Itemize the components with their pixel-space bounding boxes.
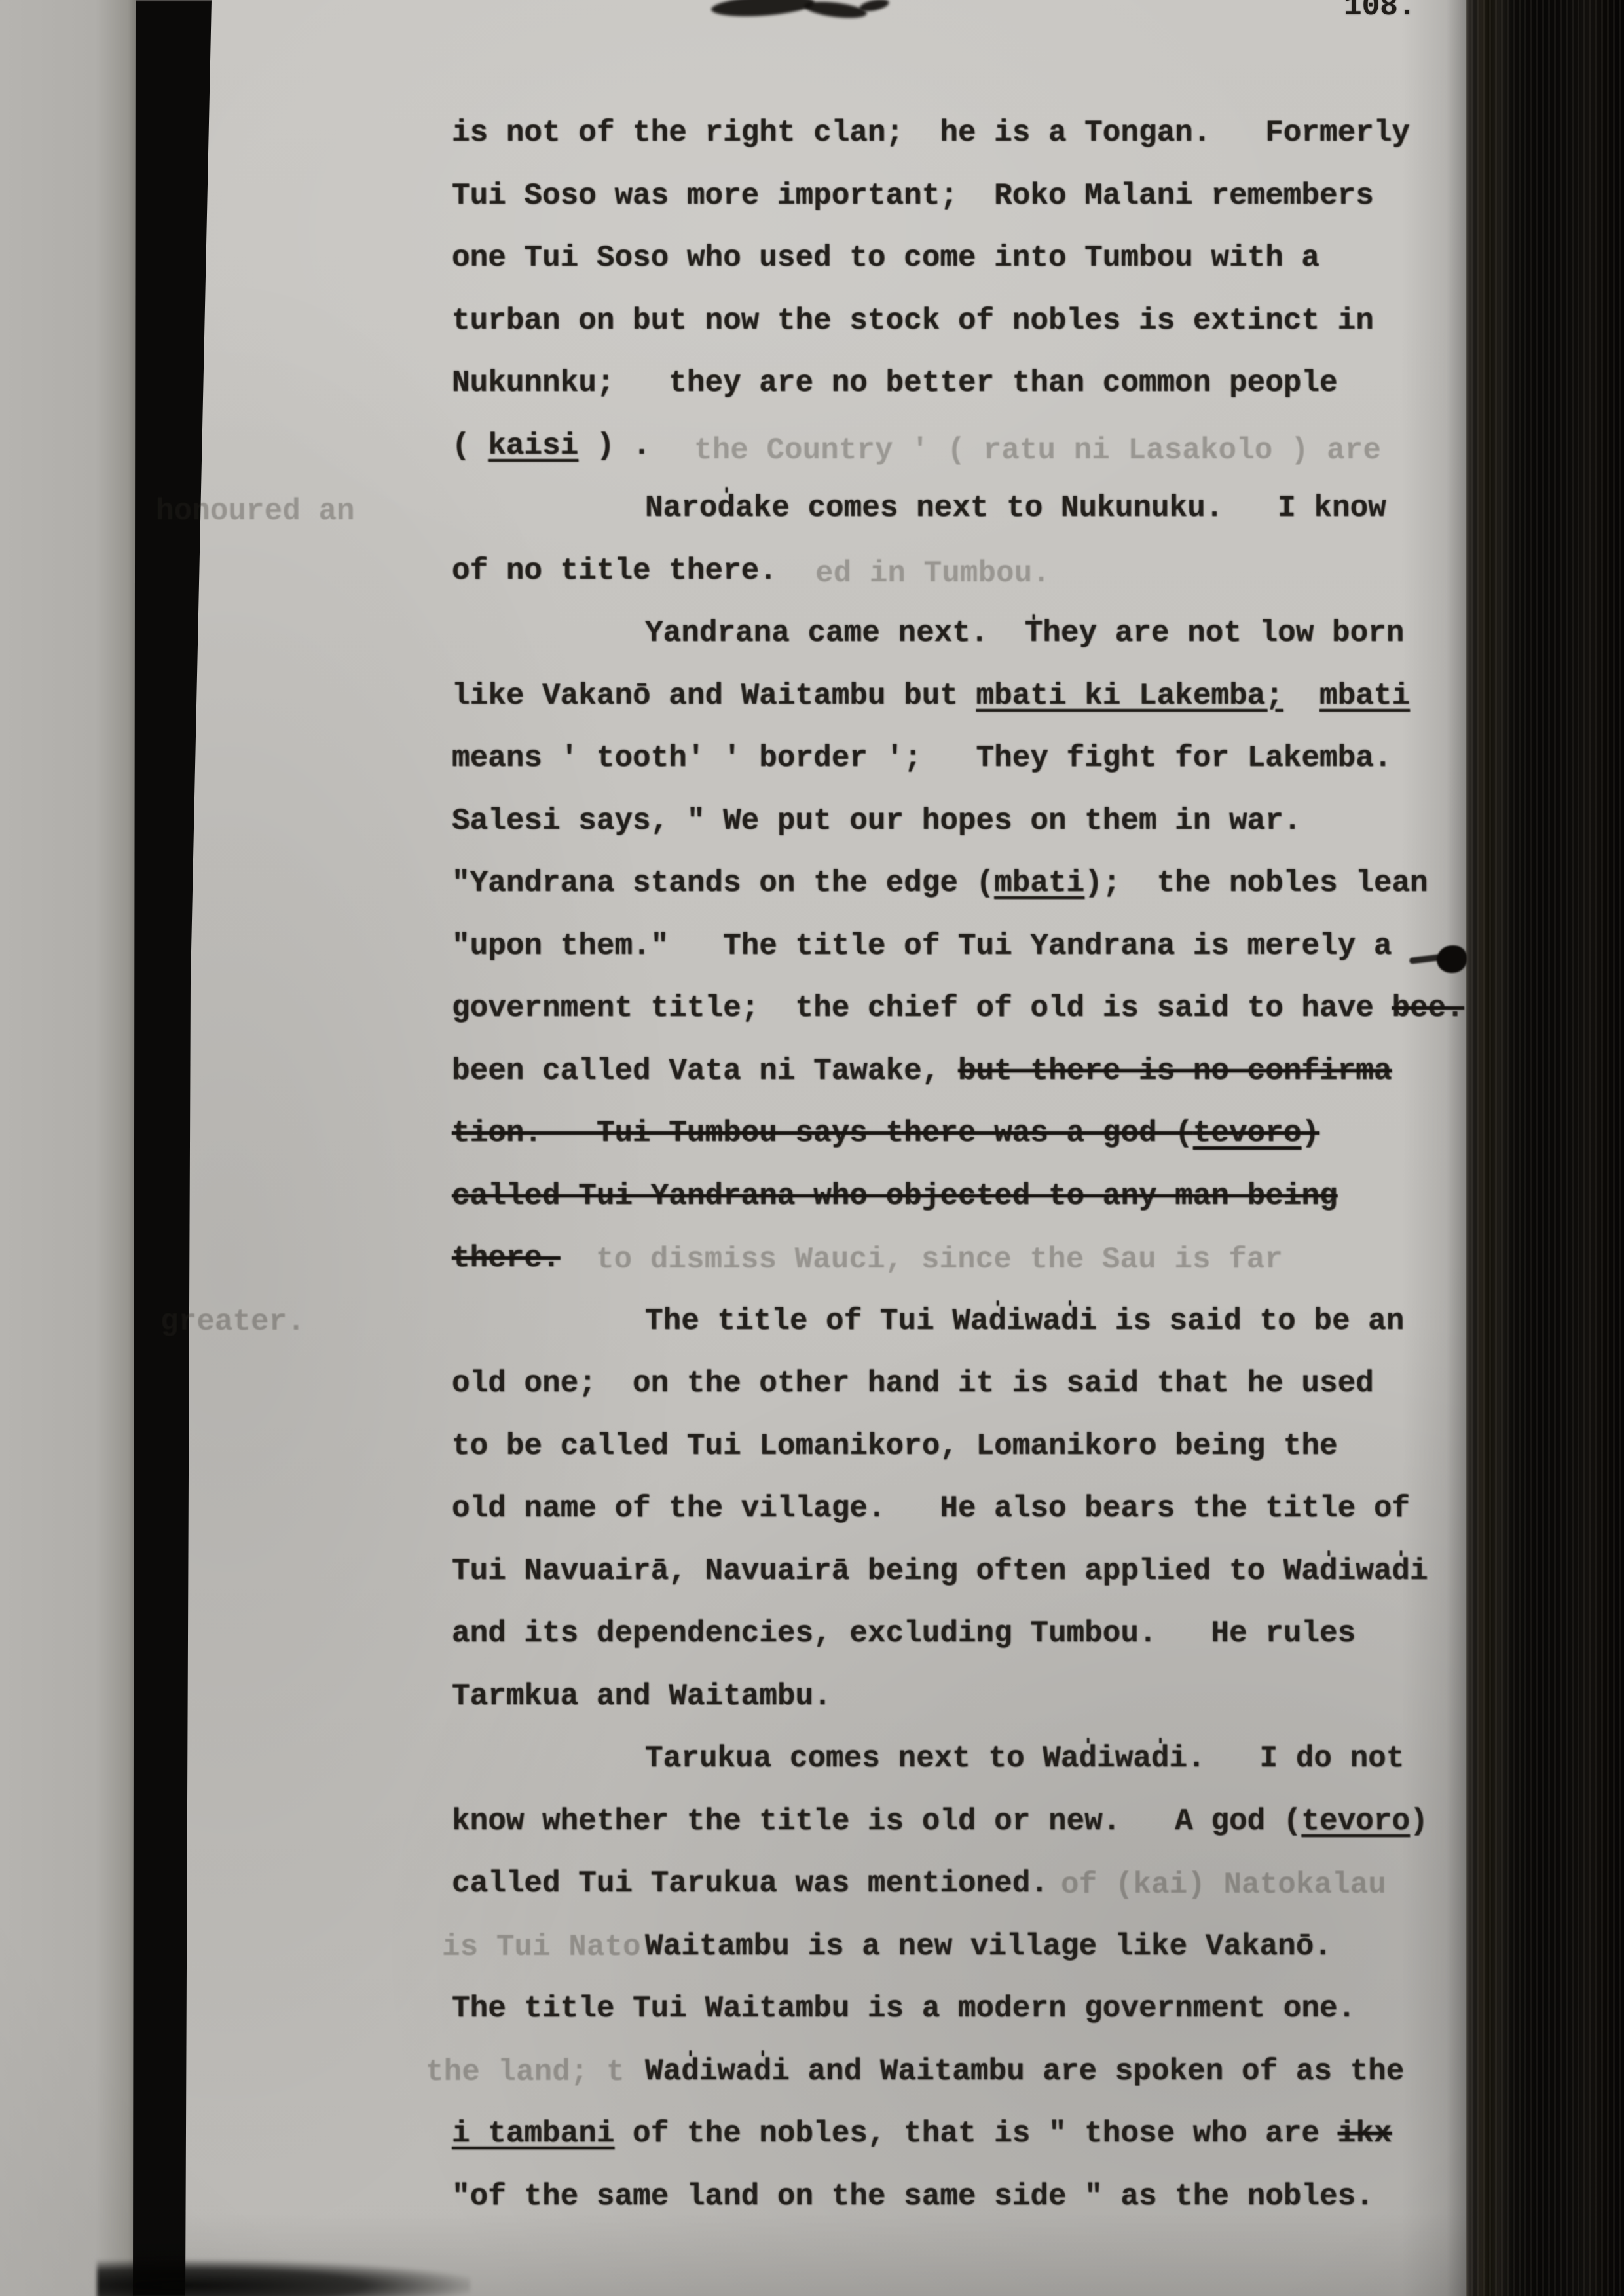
typed-line: and its dependencies, excluding Tumbou. … [452, 1618, 1356, 1649]
typed-line: The title Tui Waitambu is a modern gover… [452, 1994, 1356, 2024]
bleedthrough-text: to dismiss Wauci, since the Sau is far [596, 1245, 1283, 1275]
typed-line: Nukunnku; they are no better than common… [452, 368, 1338, 398]
typed-line: i tambani of the nobles, that is " those… [452, 2119, 1392, 2149]
typed-line: Waitambu is a new village like Vakanō. [645, 1931, 1332, 1961]
typed-line: one Tui Soso who used to come into Tumbo… [452, 243, 1319, 273]
bleedthrough-text: greater. [160, 1307, 305, 1337]
typed-line: of no title there. [452, 556, 777, 586]
typed-line: to be called Tui Lomanikoro, Lomanikoro … [452, 1431, 1338, 1461]
typed-line: called Tui Yandrana who objected to any … [452, 1181, 1338, 1211]
typed-line: means ' tooth' ' border '; They fight fo… [452, 743, 1392, 773]
typed-line: is not of the right clan; he is a Tongan… [452, 118, 1410, 148]
typed-line: Yandrana came next. T̍hey are not low bo… [645, 618, 1404, 648]
bleedthrough-text: of (kai) Natokalau [1061, 1870, 1386, 1900]
typed-line: like Vakanō and Waitambu but mbati ki La… [452, 681, 1410, 711]
typed-line: government title; the chief of old is sa… [452, 993, 1464, 1023]
typed-line: called Tui Tarukua was mentioned. [452, 1868, 1048, 1899]
typed-line: tion. Tui Tumbou says there was a god (t… [452, 1118, 1319, 1148]
typed-line: old one; on the other hand it is said th… [452, 1368, 1374, 1398]
ink-blob-margin-icon [1437, 945, 1467, 973]
typed-line: The title of Tui Wad̍iwad̍i is said to b… [645, 1306, 1404, 1336]
typed-line: there. [452, 1243, 561, 1273]
bleedthrough-text: the Country ' ( ratu ni Lasakolo ) are [694, 435, 1381, 465]
bleedthrough-text: is Tui Nato [442, 1932, 641, 1962]
typed-line: old name of the village. He also bears t… [452, 1493, 1410, 1523]
typed-line: Salesi says, " We put our hopes on them … [452, 806, 1301, 836]
ink-smudge-bottom-icon [97, 2260, 470, 2296]
typed-line: Tarmkua and Waitambu. [452, 1681, 832, 1711]
typed-line: Wad̍iwad̍i and Waitambu are spoken of as… [645, 2056, 1404, 2086]
typed-line: Tui Navuairā, Navuairā being often appli… [452, 1556, 1428, 1586]
typed-line: Narod̍ake comes next to Nukunuku. I know [645, 493, 1386, 523]
typed-line: turban on but now the stock of nobles is… [452, 306, 1374, 336]
typed-line: Tarukua comes next to Wad̍iwad̍i. I do n… [645, 1743, 1404, 1774]
typed-line: ( kaisi ) . [452, 431, 651, 461]
typed-line: "of the same land on the same side " as … [452, 2181, 1374, 2212]
bleedthrough-text: ed in Tumbou. [815, 558, 1050, 589]
typed-line: "Yandrana stands on the edge (mbati); th… [452, 868, 1428, 898]
bleedthrough-text: honoured an [156, 496, 355, 526]
typed-line: Tui Soso was more important; Roko Malani… [452, 181, 1374, 211]
typed-text: is not of the right clan; he is a Tongan… [0, 0, 1624, 2296]
typed-line: know whether the title is old or new. A … [452, 1806, 1428, 1836]
scanned-typescript-page: 108. is not of the right clan; he is a T… [0, 0, 1624, 2296]
typed-line: been called Vata ni Tawake, but there is… [452, 1056, 1392, 1086]
typed-line: "upon them." The title of Tui Yandrana i… [452, 931, 1392, 961]
bleedthrough-text: the land; t [426, 2057, 625, 2087]
